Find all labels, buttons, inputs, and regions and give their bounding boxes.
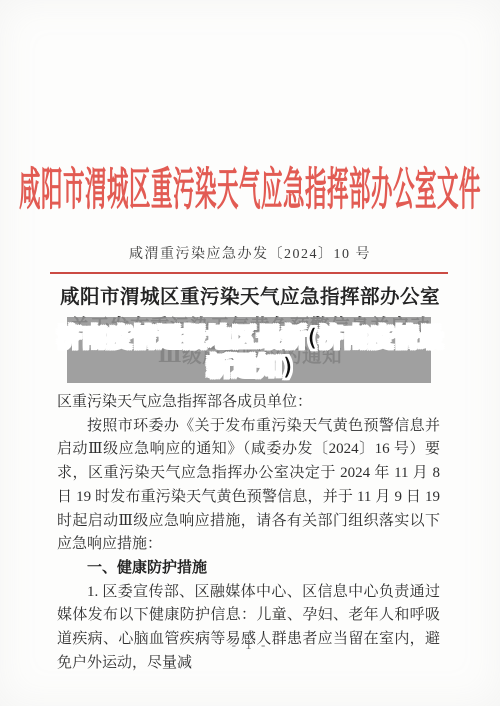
document-title-line-1: 咸阳市渭城区重污染天气应急指挥部办公室 <box>0 283 500 313</box>
body-paragraph-1: 按照市环委办《关于发布重污染天气黄色预警信息并启动Ⅲ级应急响应的通知》（咸委办发… <box>57 415 440 557</box>
scanned-document-page: 咸阳市渭城区重污染天气应急指挥部办公室文件 咸渭重污染应急办发〔2024〕10 … <box>0 0 500 706</box>
page-number: - 1 - <box>0 637 500 653</box>
overlay-headline-line-2: 新通知) <box>40 352 460 381</box>
document-reference-number: 咸渭重污染应急办发〔2024〕10 号 <box>0 243 500 263</box>
letterhead-title: 咸阳市渭城区重污染天气应急指挥部办公室文件 <box>0 154 500 219</box>
overlay-headline: 济南疫情通报地区最新(济南疫情最 新通知) <box>40 323 460 381</box>
section-heading-health-measures: 一、健康防护措施 <box>57 557 440 581</box>
body-paragraph-2: 1. 区委宣传部、区融媒体中心、区信息中心负责通过媒体发布以下健康防护信息：儿童… <box>57 581 440 676</box>
overlay-headline-line-1: 济南疫情通报地区最新(济南疫情最 <box>40 323 460 352</box>
document-body: 区重污染天气应急指挥部各成员单位： 按照市环委办《关于发布重污染天气黄色预警信息… <box>57 391 440 675</box>
salutation-line: 区重污染天气应急指挥部各成员单位： <box>57 391 440 415</box>
red-divider-line <box>50 272 448 274</box>
